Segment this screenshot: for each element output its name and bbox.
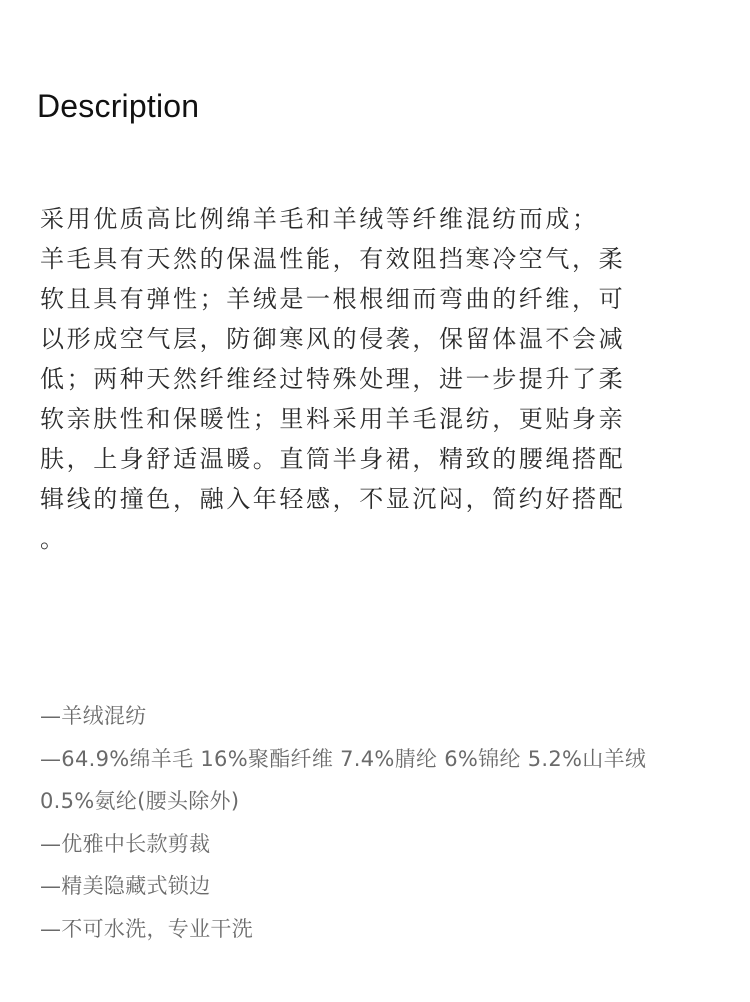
spec-item-composition-continued: 0.5%氨纶(腰头除外) (40, 780, 740, 823)
description-line: 羊毛具有天然的保温性能，有效阻挡寒冷空气，柔 (40, 239, 660, 279)
spec-item-seam: —精美隐藏式锁边 (40, 865, 740, 908)
spec-list: —羊绒混纺 —64.9%绵羊毛 16%聚酯纤维 7.4%腈纶 6%锦纶 5.2%… (40, 695, 740, 950)
section-heading: Description (37, 86, 199, 126)
description-line: 肤，上身舒适温暖。直筒半身裙，精致的腰绳搭配 (40, 439, 660, 479)
spec-item-composition: —64.9%绵羊毛 16%聚酯纤维 7.4%腈纶 6%锦纶 5.2%山羊绒 (40, 738, 740, 781)
description-paragraph: 采用优质高比例绵羊毛和羊绒等纤维混纺而成； 羊毛具有天然的保温性能，有效阻挡寒冷… (40, 199, 660, 559)
description-line: 软且具有弹性；羊绒是一根根细而弯曲的纤维，可 (40, 279, 660, 319)
description-line: 采用优质高比例绵羊毛和羊绒等纤维混纺而成； (40, 199, 660, 239)
description-line: 低；两种天然纤维经过特殊处理，进一步提升了柔 (40, 359, 660, 399)
spec-item-cut: —优雅中长款剪裁 (40, 823, 740, 866)
description-line: 以形成空气层，防御寒风的侵袭，保留体温不会减 (40, 319, 660, 359)
description-line: 辑线的撞色，融入年轻感，不显沉闷，简约好搭配 (40, 479, 660, 519)
description-line: 。 (40, 519, 660, 559)
spec-item-care: —不可水洗，专业干洗 (40, 908, 740, 951)
description-line: 软亲肤性和保暖性；里料采用羊毛混纺，更贴身亲 (40, 399, 660, 439)
spec-item-material: —羊绒混纺 (40, 695, 740, 738)
